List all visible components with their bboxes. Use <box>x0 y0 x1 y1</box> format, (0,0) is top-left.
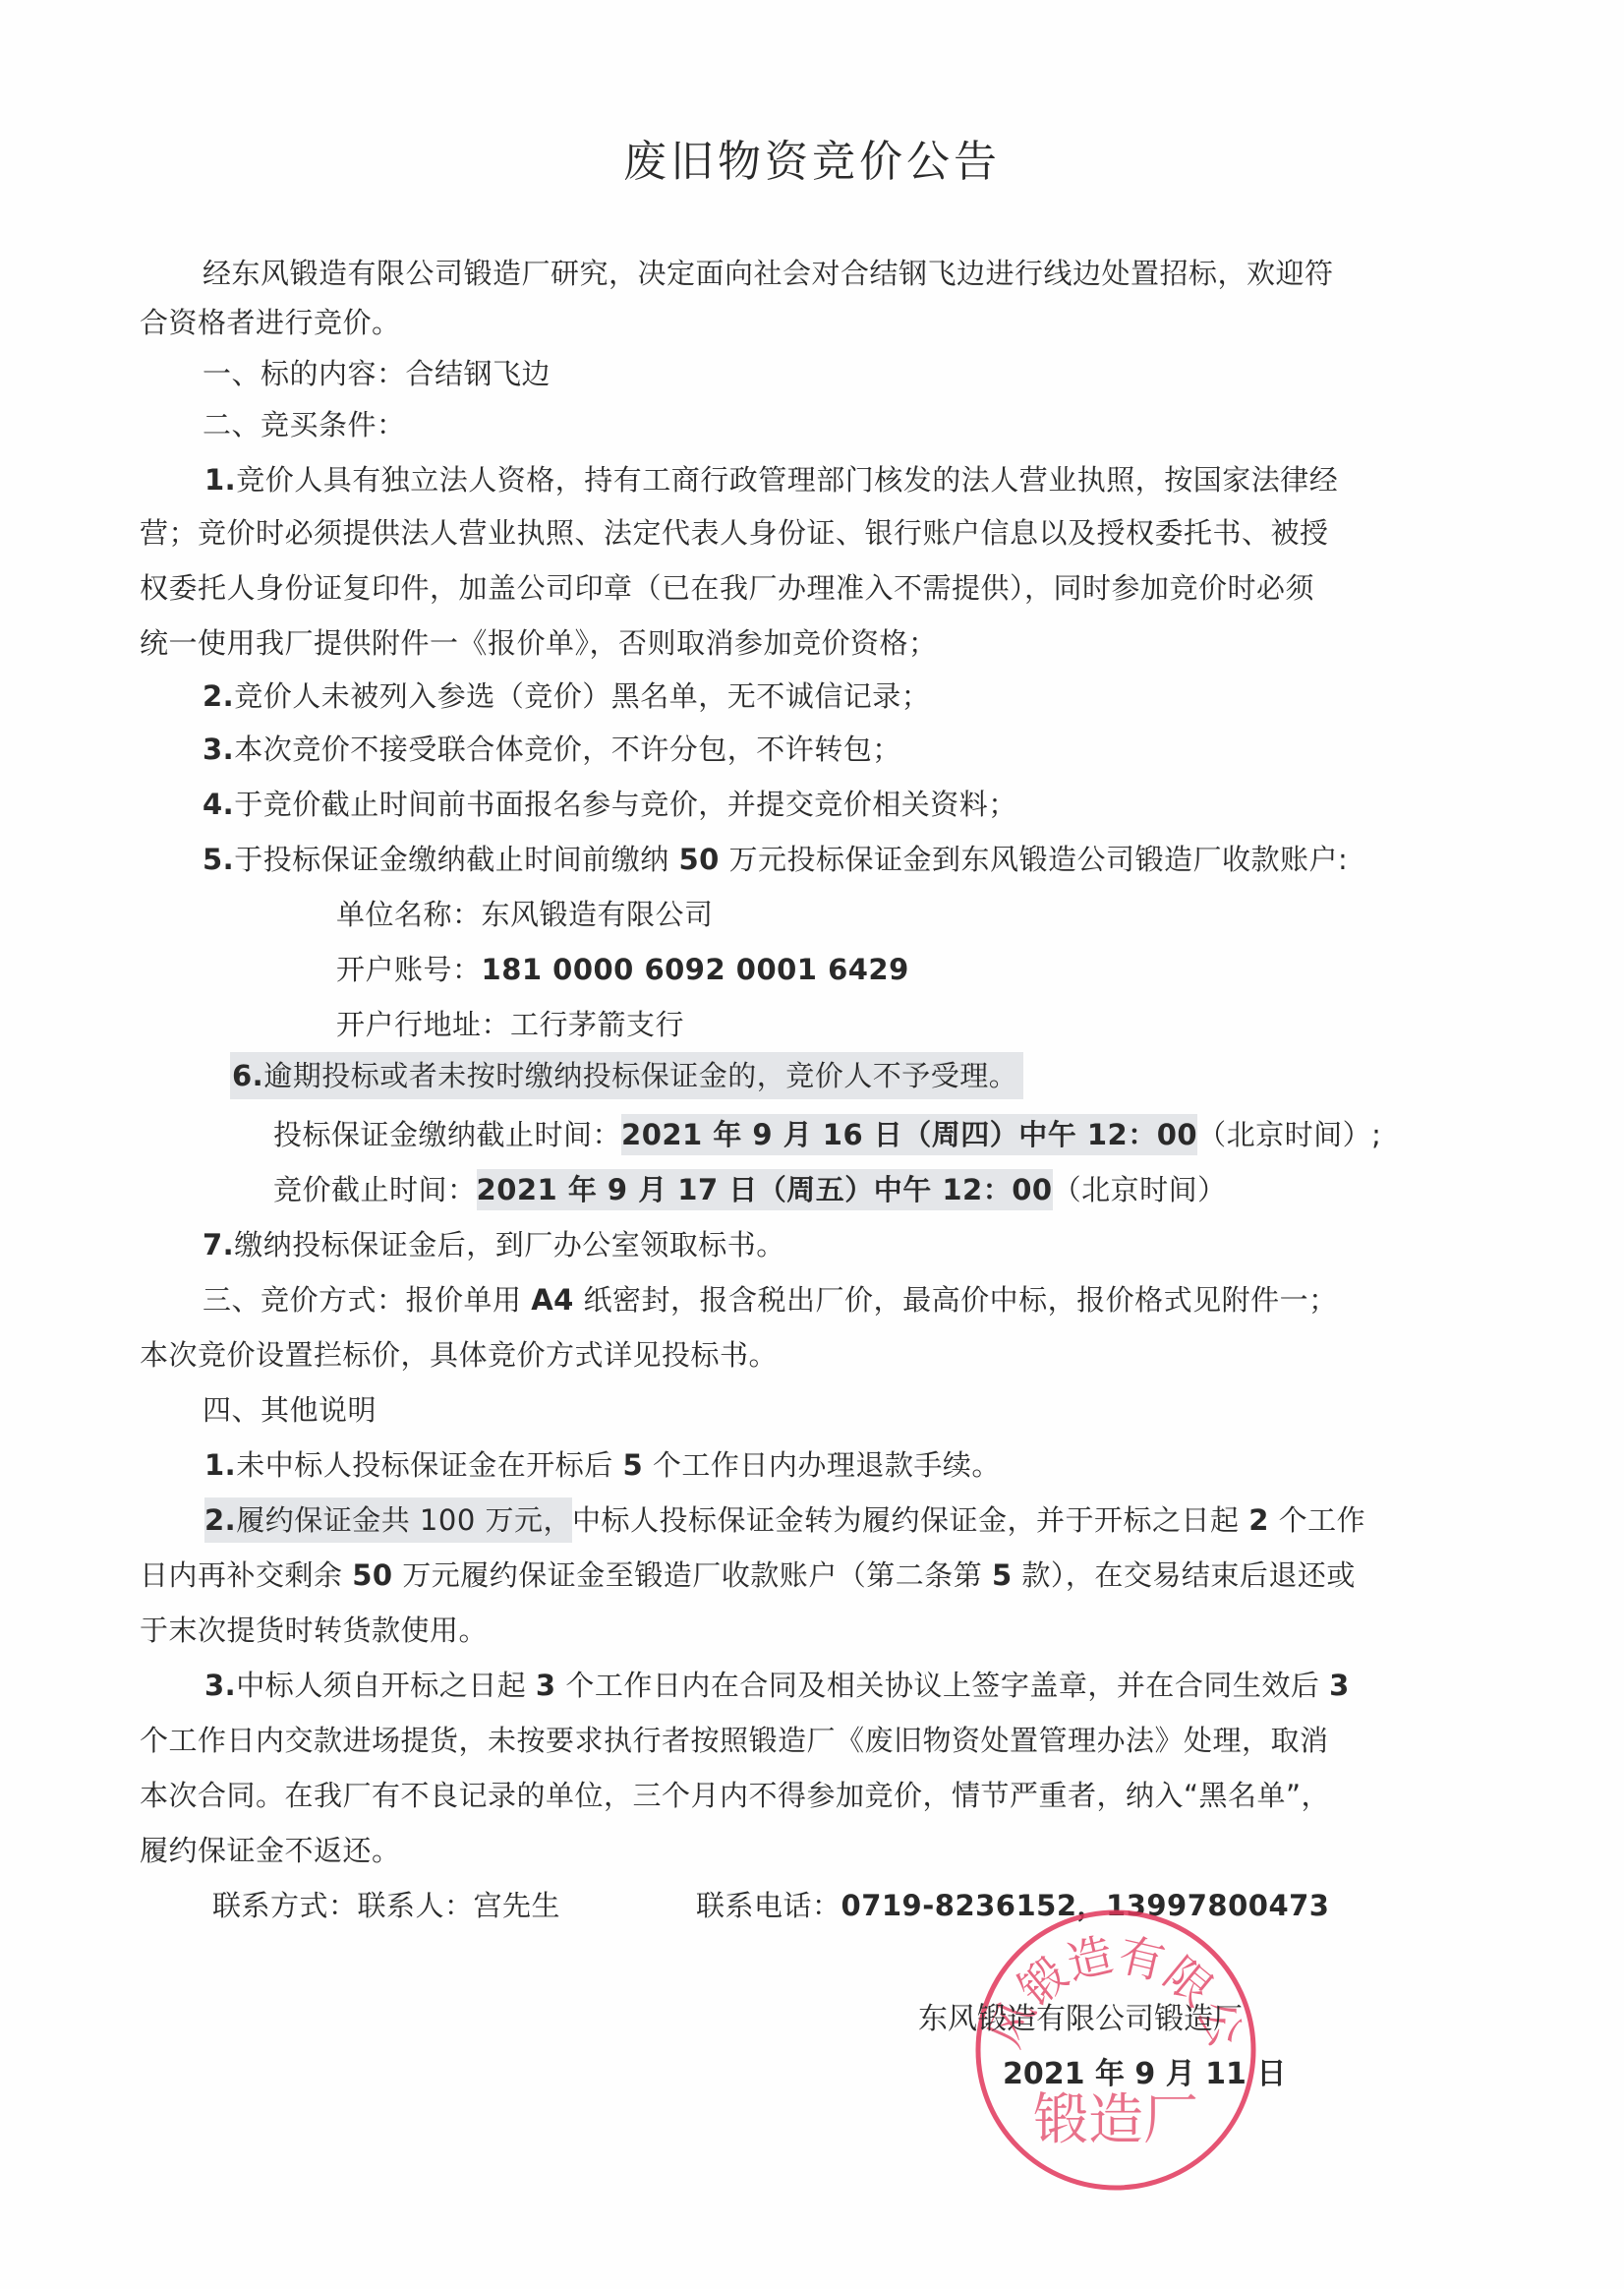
note-2-line-1: 2.履约保证金共 100 万元，中标人投标保证金转为履约保证金，并于开标之日起 … <box>204 1500 1365 1540</box>
condition-5-number: 5. <box>203 843 234 876</box>
condition-4-text: 于竞价截止时间前书面报名参与竞价，并提交竞价相关资料； <box>234 788 1017 821</box>
section-2-heading: 二、竞买条件： <box>203 405 406 444</box>
signature-organization: 东风锻造有限公司锻造厂 <box>918 1994 1243 2037</box>
deposit-deadline-value: 2021 年 9 月 16 日（周四）中午 12：00 <box>621 1114 1197 1155</box>
note-2-number: 2. <box>204 1503 236 1537</box>
account-name: 单位名称：东风锻造有限公司 <box>336 895 714 934</box>
condition-3: 3.本次竞价不接受联合体竞价，不许分包，不许转包； <box>203 730 901 769</box>
deposit-deadline-suffix: （北京时间）; <box>1197 1118 1381 1151</box>
condition-2-text: 竞价人未被列入参选（竞价）黑名单，无不诚信记录； <box>234 679 930 713</box>
performance-deposit-total: 履约保证金共 100 万元， <box>236 1503 572 1537</box>
note-2-highlight: 2.履约保证金共 100 万元， <box>204 1497 572 1543</box>
condition-1-line-1: 1.竞价人具有独立法人资格，持有工商行政管理部门核发的法人营业执照，按国家法律经 <box>204 460 1338 499</box>
condition-7-text: 缴纳投标保证金后，到厂办公室领取标书。 <box>234 1228 785 1262</box>
condition-4-number: 4. <box>203 788 234 821</box>
signature-date: 2021 年 9 月 11 日 <box>1003 2049 1286 2092</box>
deposit-deadline-label: 投标保证金缴纳截止时间： <box>273 1118 621 1151</box>
condition-3-number: 3. <box>203 733 234 766</box>
condition-6: 6.逾期投标或者未按时缴纳投标保证金的，竞价人不予受理。 <box>230 1052 1023 1099</box>
section-1-heading: 一、标的内容：合结钢飞边 <box>203 354 551 393</box>
note-1-days: 5 <box>622 1448 643 1482</box>
note-3-line-3: 本次合同。在我厂有不良记录的单位，三个月内不得参加竞价，情节严重者，纳入“黑名单… <box>140 1776 1330 1815</box>
condition-7-number: 7. <box>203 1228 234 1262</box>
condition-2: 2.竞价人未被列入参选（竞价）黑名单，无不诚信记录； <box>203 676 930 716</box>
note-2-line-2-c: 款），在交易结束后退还或 <box>1013 1558 1356 1592</box>
condition-1-line-4: 统一使用我厂提供附件一《报价单》，否则取消参加竞价资格； <box>140 623 938 663</box>
condition-6-text: 逾期投标或者未按时缴纳投标保证金的，竞价人不予受理。 <box>263 1059 1017 1092</box>
condition-2-number: 2. <box>203 679 234 713</box>
section-3-text-a: 三、竞价方式：报价单用 <box>203 1283 531 1317</box>
note-3-text-b: 个工作日内在合同及相关协议上签字盖章，并在合同生效后 <box>556 1669 1329 1702</box>
bid-deadline-suffix: （北京时间） <box>1053 1173 1227 1206</box>
condition-5-text-b: 万元投标保证金到东风锻造公司锻造厂收款账户: <box>720 843 1349 876</box>
note-3-text-a: 中标人须自开标之日起 <box>236 1669 536 1702</box>
note-2-text-a: 中标人投标保证金转为履约保证金，并于开标之日起 <box>572 1503 1248 1537</box>
document-title: 废旧物资竞价公告 <box>0 126 1624 189</box>
document-page: 废旧物资竞价公告 经东风锻造有限公司锻造厂研究，决定面向社会对合结钢飞边进行线边… <box>0 0 1624 2289</box>
section-4-heading: 四、其他说明 <box>203 1390 377 1430</box>
condition-7: 7.缴纳投标保证金后，到厂办公室领取标书。 <box>203 1225 785 1264</box>
note-2-text-b: 个工作 <box>1269 1503 1365 1537</box>
condition-3-text: 本次竞价不接受联合体竞价，不许分包，不许转包； <box>234 733 901 766</box>
account-number: 开户账号：181 0000 6092 0001 6429 <box>336 950 909 989</box>
condition-1-text: 竞价人具有独立法人资格，持有工商行政管理部门核发的法人营业执照，按国家法律经 <box>236 463 1338 497</box>
note-3-line-4: 履约保证金不返还。 <box>140 1831 401 1870</box>
note-3-number: 3. <box>204 1669 236 1702</box>
condition-4: 4.于竞价截止时间前书面报名参与竞价，并提交竞价相关资料； <box>203 785 1017 824</box>
account-number-label: 开户账号： <box>336 953 482 986</box>
account-number-value: 181 0000 6092 0001 6429 <box>482 953 909 986</box>
bid-deadline-label: 竞价截止时间： <box>273 1173 477 1206</box>
note-3-days-1: 3 <box>536 1669 556 1702</box>
svg-text:锻造厂: 锻造厂 <box>1033 2088 1198 2152</box>
section-3-line-1: 三、竞价方式：报价单用 A4 纸密封，报含税出厂价，最高价中标，报价格式见附件一… <box>203 1280 1338 1320</box>
account-bank-value: 工行茅箭支行 <box>510 1008 684 1041</box>
note-2-days: 2 <box>1248 1503 1269 1537</box>
condition-1-line-2: 营；竞价时必须提供法人营业执照、法定代表人身份证、银行账户信息以及授权委托书、被… <box>140 513 1329 553</box>
note-3-line-1: 3.中标人须自开标之日起 3 个工作日内在合同及相关协议上签字盖章，并在合同生效… <box>204 1666 1350 1705</box>
account-name-value: 东风锻造有限公司 <box>482 898 714 931</box>
intro-line-1: 经东风锻造有限公司锻造厂研究，决定面向社会对合结钢飞边进行线边处置招标，欢迎符 <box>203 254 1334 293</box>
section-3-line-2: 本次竞价设置拦标价，具体竞价方式详见投标书。 <box>140 1335 778 1375</box>
note-3-days-2: 3 <box>1329 1669 1350 1702</box>
account-bank-label: 开户行地址： <box>336 1008 510 1041</box>
note-3-line-2: 个工作日内交款进场提货，未按要求执行者按照锻造厂《废旧物资处置管理办法》处理，取… <box>140 1721 1329 1760</box>
note-2-line-2: 日内再补交剩余 50 万元履约保证金至锻造厂收款账户（第二条第 5 款），在交易… <box>140 1555 1356 1595</box>
note-1-text-b: 个工作日内办理退款手续。 <box>643 1448 1001 1482</box>
condition-5: 5.于投标保证金缴纳截止时间前缴纳 50 万元投标保证金到东风锻造公司锻造厂收款… <box>203 840 1348 879</box>
deposit-amount: 50 <box>678 843 719 876</box>
bid-deadline-value: 2021 年 9 月 17 日（周五）中午 12：00 <box>477 1169 1053 1210</box>
clause-number: 5 <box>992 1558 1013 1592</box>
note-2-line-2-b: 万元履约保证金至锻造厂收款账户（第二条第 <box>393 1558 992 1592</box>
note-2-line-3: 于末次提货时转货款使用。 <box>140 1611 488 1650</box>
section-3-text-c: 纸密封，报含税出厂价，最高价中标，报价格式见附件一； <box>574 1283 1338 1317</box>
contact-phone-label: 联系电话： <box>696 1889 841 1922</box>
bid-deadline: 竞价截止时间：2021 年 9 月 17 日（周五）中午 12：00（北京时间） <box>273 1170 1227 1209</box>
deposit-deadline: 投标保证金缴纳截止时间：2021 年 9 月 16 日（周四）中午 12：00（… <box>273 1115 1381 1154</box>
intro-line-2: 合资格者进行竞价。 <box>140 303 401 342</box>
condition-6-number: 6. <box>232 1059 263 1092</box>
account-bank: 开户行地址：工行茅箭支行 <box>336 1005 684 1044</box>
account-name-label: 单位名称： <box>336 898 482 931</box>
note-1-number: 1. <box>204 1448 236 1482</box>
contact-person: 联系方式：联系人：宫先生 <box>212 1886 560 1925</box>
note-2-line-2-a: 日内再补交剩余 <box>140 1558 352 1592</box>
condition-1-number: 1. <box>204 463 236 497</box>
note-1-text-a: 未中标人投标保证金在开标后 <box>236 1448 622 1482</box>
condition-5-text-a: 于投标保证金缴纳截止时间前缴纳 <box>234 843 678 876</box>
remaining-deposit: 50 <box>352 1558 392 1592</box>
note-1: 1.未中标人投标保证金在开标后 5 个工作日内办理退款手续。 <box>204 1445 1001 1485</box>
paper-size: A4 <box>531 1283 574 1317</box>
condition-1-line-3: 权委托人身份证复印件，加盖公司印章（已在我厂办理准入不需提供），同时参加竞价时必… <box>140 568 1314 608</box>
